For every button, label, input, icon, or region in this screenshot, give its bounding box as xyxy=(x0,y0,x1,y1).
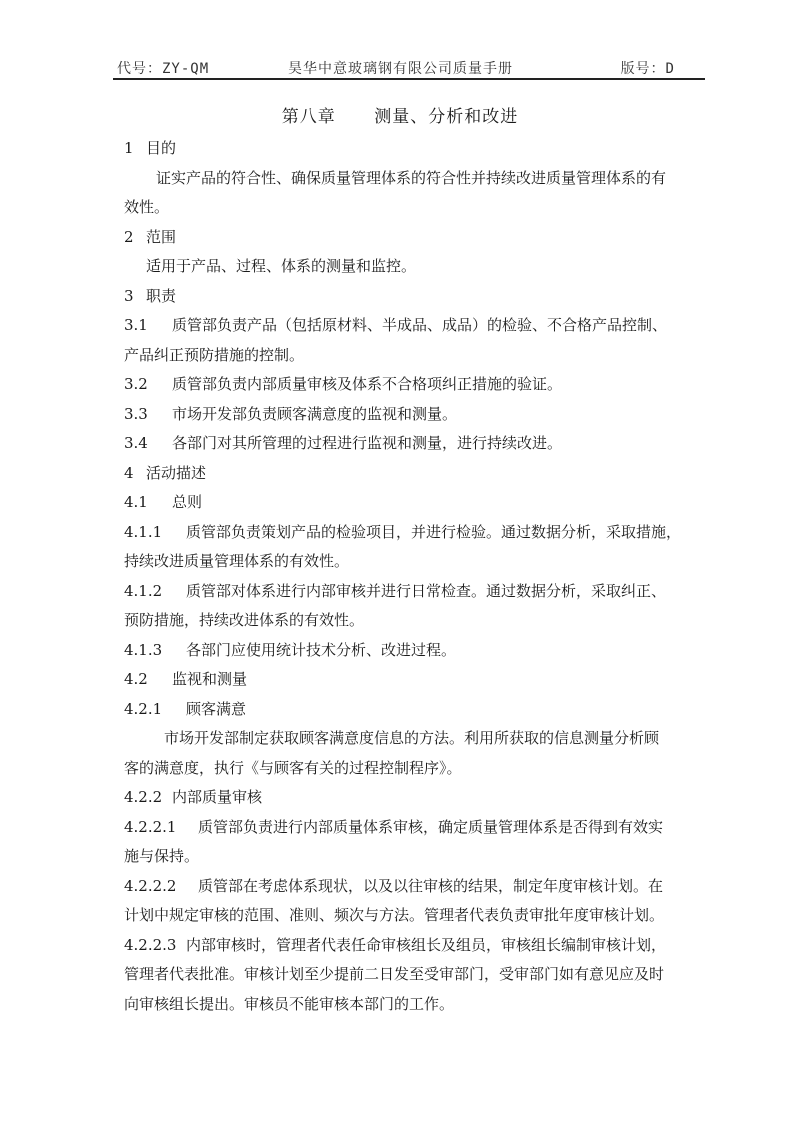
section-title: 职责 xyxy=(146,287,176,305)
paragraph-line: 计划中规定审核的范围、准则、频次与方法。管理者代表负责审批年度审核计划。 xyxy=(124,901,704,931)
subsection-number: 4.2.1 xyxy=(124,695,186,725)
document-body: 1目的 证实产品的符合性、确保质量管理体系的符合性并持续改进质量管理体系的有 效… xyxy=(124,134,704,1019)
clause-number: 3.4 xyxy=(124,429,172,459)
clause-4-1-2: 4.1.2质管部对体系进行内部审核并进行日常检查。通过数据分析，采取纠正、 xyxy=(124,577,704,607)
section-heading-2: 2范围 xyxy=(124,223,704,253)
clause-text: 质管部负责进行内部质量体系审核，确定质量管理体系是否得到有效实 xyxy=(198,818,663,836)
document-code: 代号：ZY-QM xyxy=(117,58,209,78)
clause-text: 质管部负责产品（包括原材料、半成品、成品）的检验、不合格产品控制、 xyxy=(172,316,667,334)
subsection-heading-4-2-1: 4.2.1顾客满意 xyxy=(124,695,704,725)
paragraph-line: 预防措施，持续改进体系的有效性。 xyxy=(124,606,704,636)
clause-number: 3.3 xyxy=(124,400,172,430)
subsection-heading-4-2-2: 4.2.2内部质量审核 xyxy=(124,783,704,813)
clause-text: 质管部负责内部质量审核及体系不合格项纠正措施的验证。 xyxy=(172,375,562,393)
subsection-title: 顾客满意 xyxy=(186,700,246,718)
subsection-heading-4-1: 4.1总则 xyxy=(124,488,704,518)
paragraph-line: 施与保持。 xyxy=(124,842,704,872)
clause-text: 质管部在考虑体系现状，以及以往审核的结果，制定年度审核计划。在 xyxy=(198,877,663,895)
clause-text: 质管部对体系进行内部审核并进行日常检查。通过数据分析，采取纠正、 xyxy=(186,582,666,600)
subsection-number: 4.1 xyxy=(124,488,172,518)
clause-3-1: 3.1质管部负责产品（包括原材料、半成品、成品）的检验、不合格产品控制、 xyxy=(124,311,704,341)
clause-text: 内部审核时，管理者代表任命审核组长及组员，审核组长编制审核计划， xyxy=(186,936,666,954)
clause-text: 市场开发部负责顾客满意度的监视和测量。 xyxy=(172,405,457,423)
section-heading-3: 3职责 xyxy=(124,282,704,312)
section-number: 1 xyxy=(124,134,146,164)
subsection-number: 4.2.2 xyxy=(124,783,172,813)
paragraph-line: 适用于产品、过程、体系的测量和监控。 xyxy=(124,252,704,282)
paragraph-line: 管理者代表批准。审核计划至少提前二日发至受审部门，受审部门如有意见应及时 xyxy=(124,960,704,990)
section-title: 范围 xyxy=(146,228,176,246)
paragraph-line: 产品纠正预防措施的控制。 xyxy=(124,341,704,371)
paragraph-line: 持续改进质量管理体系的有效性。 xyxy=(124,547,704,577)
clause-number: 4.1.2 xyxy=(124,577,186,607)
clause-number: 4.2.2.1 xyxy=(124,813,198,843)
clause-number: 3.2 xyxy=(124,370,172,400)
clause-4-2-2-3: 4.2.2.3内部审核时，管理者代表任命审核组长及组员，审核组长编制审核计划， xyxy=(124,931,704,961)
clause-number: 4.2.2.2 xyxy=(124,872,198,902)
page-header: 代号：ZY-QM 昊华中意玻璃钢有限公司质量手册 版号：D xyxy=(113,58,705,80)
clause-text: 各部门对其所管理的过程进行监视和测量，进行持续改进。 xyxy=(172,434,562,452)
clause-number: 4.2.2.3 xyxy=(124,931,186,961)
paragraph-line: 向审核组长提出。审核员不能审核本部门的工作。 xyxy=(124,990,704,1020)
clause-4-2-2-1: 4.2.2.1质管部负责进行内部质量体系审核，确定质量管理体系是否得到有效实 xyxy=(124,813,704,843)
subsection-number: 4.2 xyxy=(124,665,172,695)
clause-number: 4.1.3 xyxy=(124,636,186,666)
section-title: 活动描述 xyxy=(146,464,206,482)
clause-4-1-1: 4.1.1质管部负责策划产品的检验项目，并进行检验。通过数据分析，采取措施， xyxy=(124,518,704,548)
chapter-title: 第八章 测量、分析和改进 xyxy=(0,102,800,127)
subsection-title: 总则 xyxy=(172,493,202,511)
version-number: 版号：D xyxy=(621,58,675,78)
clause-text: 各部门应使用统计技术分析、改进过程。 xyxy=(186,641,456,659)
section-title: 目的 xyxy=(146,139,176,157)
paragraph-line: 市场开发部制定获取顾客满意度信息的方法。利用所获取的信息测量分析顾 xyxy=(124,724,704,754)
section-heading-1: 1目的 xyxy=(124,134,704,164)
clause-text: 质管部负责策划产品的检验项目，并进行检验。通过数据分析，采取措施， xyxy=(186,523,681,541)
section-number: 4 xyxy=(124,459,146,489)
section-number: 2 xyxy=(124,223,146,253)
paragraph-line: 效性。 xyxy=(124,193,704,223)
clause-number: 4.1.1 xyxy=(124,518,186,548)
clause-3-3: 3.3市场开发部负责顾客满意度的监视和测量。 xyxy=(124,400,704,430)
manual-title: 昊华中意玻璃钢有限公司质量手册 xyxy=(288,58,513,78)
subsection-heading-4-2: 4.2监视和测量 xyxy=(124,665,704,695)
paragraph-line: 客的满意度，执行《与顾客有关的过程控制程序》。 xyxy=(124,754,704,784)
clause-number: 3.1 xyxy=(124,311,172,341)
paragraph-line: 证实产品的符合性、确保质量管理体系的符合性并持续改进质量管理体系的有 xyxy=(124,164,704,194)
subsection-title: 内部质量审核 xyxy=(172,788,262,806)
subsection-title: 监视和测量 xyxy=(172,670,247,688)
clause-3-4: 3.4各部门对其所管理的过程进行监视和测量，进行持续改进。 xyxy=(124,429,704,459)
clause-4-2-2-2: 4.2.2.2质管部在考虑体系现状，以及以往审核的结果，制定年度审核计划。在 xyxy=(124,872,704,902)
section-number: 3 xyxy=(124,282,146,312)
section-heading-4: 4活动描述 xyxy=(124,459,704,489)
clause-4-1-3: 4.1.3各部门应使用统计技术分析、改进过程。 xyxy=(124,636,704,666)
clause-3-2: 3.2质管部负责内部质量审核及体系不合格项纠正措施的验证。 xyxy=(124,370,704,400)
